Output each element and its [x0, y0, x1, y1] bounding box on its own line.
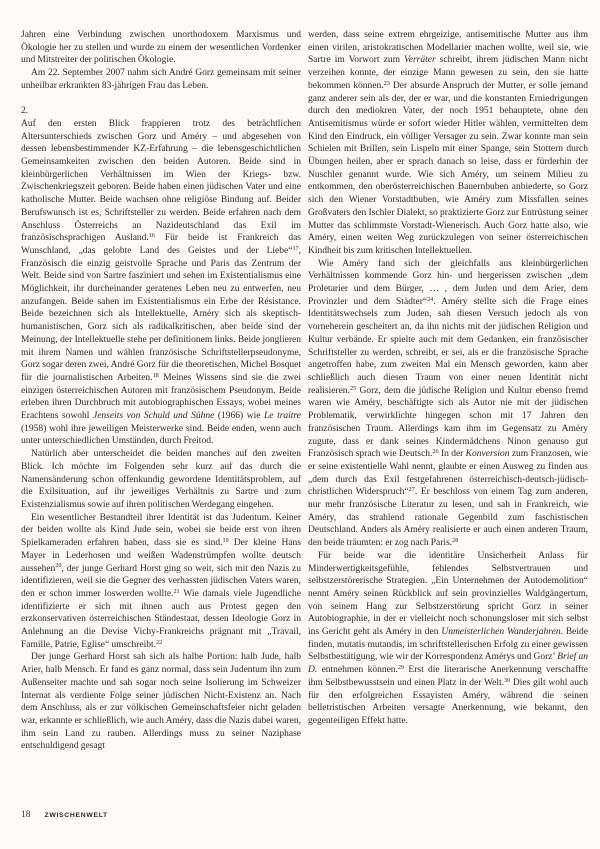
paragraph: Natürlich aber unterscheidet die beiden …: [21, 448, 301, 512]
paragraph: Ein wesentlicher Bestandteil ihrer Ident…: [21, 512, 301, 652]
footnote-reference: 28: [452, 537, 458, 544]
paragraph: Am 22. September 2007 nahm sich André Go…: [21, 67, 301, 92]
footnote-reference: 23: [384, 80, 390, 87]
column-right: werden, dass seine extrem ehrgeizige, an…: [308, 29, 588, 753]
section-number: 2.: [21, 105, 301, 118]
paragraph: Für beide war die identitäre Unsicherhei…: [308, 550, 588, 728]
footnote-reference: 24: [427, 296, 433, 303]
paragraph: Wie Améry fand sich der gleichfalls aus …: [308, 258, 588, 550]
footnote-reference: 25: [350, 385, 356, 392]
footnote-reference: 30: [504, 677, 510, 684]
paragraph: Auf den ersten Blick frappieren trotz de…: [21, 118, 301, 448]
paragraph: Der junge Gerhard Horst sah sich als hal…: [21, 651, 301, 753]
footnote-reference: 29: [398, 664, 404, 671]
footnote-reference: 26: [432, 448, 438, 455]
page-number: 18: [21, 810, 31, 820]
footnote-reference: 27: [409, 486, 415, 493]
page-footer: 18 ZWISCHENWELT: [21, 810, 108, 820]
article-body: Jahren eine Verbindung zwischen unorthod…: [21, 29, 588, 753]
footnote-reference: 19: [223, 537, 229, 544]
journal-page: Jahren eine Verbindung zwischen unorthod…: [0, 0, 600, 849]
footnote-reference: 20: [55, 562, 61, 569]
footnote-reference: 18: [153, 372, 159, 379]
footnote-reference: 17: [292, 245, 298, 252]
journal-name: ZWISCHENWELT: [45, 812, 108, 819]
column-left: Jahren eine Verbindung zwischen unorthod…: [21, 29, 301, 753]
footnote-reference: 21: [173, 588, 179, 595]
footnote-reference: 22: [156, 639, 162, 646]
paragraph: Jahren eine Verbindung zwischen unorthod…: [21, 29, 301, 67]
footnote-reference: 16: [149, 232, 155, 239]
paragraph: werden, dass seine extrem ehrgeizige, an…: [308, 29, 588, 258]
